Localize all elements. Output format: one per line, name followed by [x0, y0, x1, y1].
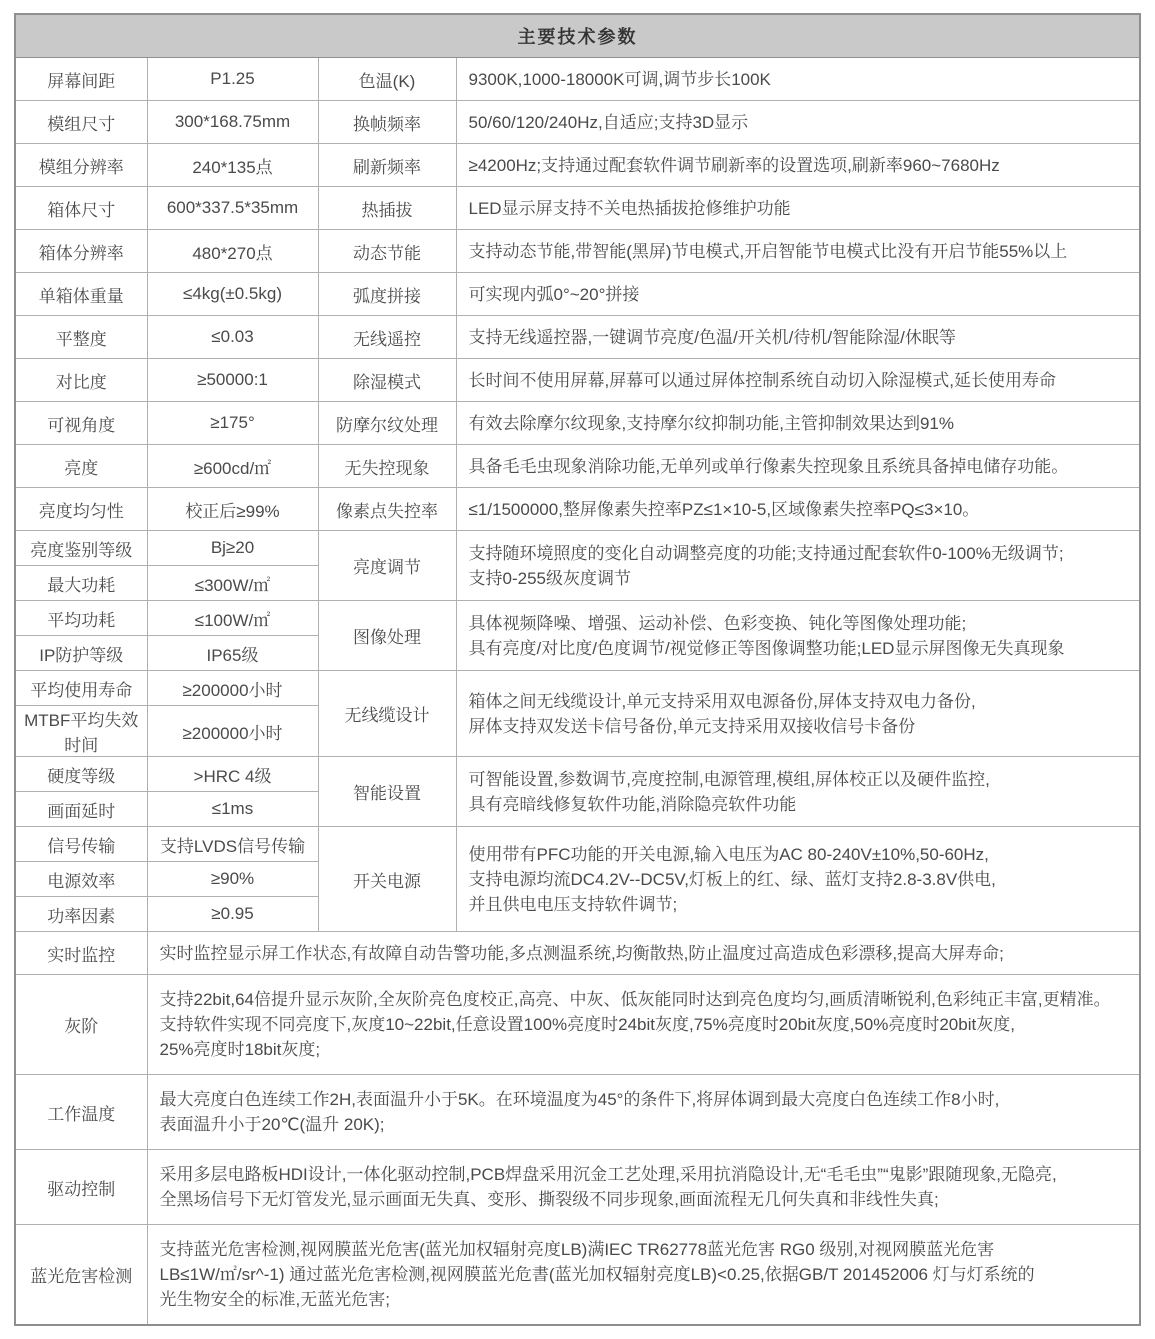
param-name: 工作温度 [15, 1075, 147, 1150]
param-value: ≥200000小时 [147, 706, 318, 757]
param-description: 具备毛毛虫现象消除功能,无单列或单行像素失控现象且系统具备掉电储存功能。 [456, 445, 1140, 488]
param-value: P1.25 [147, 58, 318, 101]
param-name: 电源效率 [15, 862, 147, 897]
table-header-row: 主要技术参数 [15, 14, 1140, 58]
param-name: 屏幕间距 [15, 58, 147, 101]
param-value: ≥0.95 [147, 897, 318, 932]
group-name: 无线缆设计 [318, 671, 456, 757]
table-row: 灰阶 支持22bit,64倍提升显示灰阶,全灰阶亮色度校正,高亮、中灰、低灰能同… [15, 975, 1140, 1075]
param-value: ≥50000:1 [147, 359, 318, 402]
group-name: 图像处理 [318, 601, 456, 671]
table-row: 工作温度 最大亮度白色连续工作2H,表面温升小于5K。在环境温度为45°的条件下… [15, 1075, 1140, 1150]
param-description: 有效去除摩尔纹现象,支持摩尔纹抑制功能,主管抑制效果达到91% [456, 402, 1140, 445]
param-name: 信号传输 [15, 827, 147, 862]
param-value: ≥600cd/㎡ [147, 445, 318, 488]
param-value: ≤100W/㎡ [147, 601, 318, 636]
table-row: 平均使用寿命 ≥200000小时 无线缆设计 箱体之间无线缆设计,单元支持采用双… [15, 671, 1140, 706]
param-description: 支持22bit,64倍提升显示灰阶,全灰阶亮色度校正,高亮、中灰、低灰能同时达到… [147, 975, 1140, 1075]
group-description: 支持随环境照度的变化自动调整亮度的功能;支持通过配套软件0-100%无级调节; … [456, 531, 1140, 601]
param-description: 50/60/120/240Hz,自适应;支持3D显示 [456, 101, 1140, 144]
param-name: 灰阶 [15, 975, 147, 1075]
param-value: 300*168.75mm [147, 101, 318, 144]
table-row: 箱体分辨率 480*270点 动态节能 支持动态节能,带智能(黑屏)节电模式,开… [15, 230, 1140, 273]
param-name: 平均使用寿命 [15, 671, 147, 706]
param-name: 刷新频率 [318, 144, 456, 187]
table-row: 硬度等级 >HRC 4级 智能设置 可智能设置,参数调节,亮度控制,电源管理,模… [15, 757, 1140, 792]
param-name: 箱体尺寸 [15, 187, 147, 230]
table-row: 对比度 ≥50000:1 除湿模式 长时间不使用屏幕,屏幕可以通过屏体控制系统自… [15, 359, 1140, 402]
group-name: 智能设置 [318, 757, 456, 827]
param-name: 无线遥控 [318, 316, 456, 359]
param-value: ≤300W/㎡ [147, 566, 318, 601]
param-name: 功率因素 [15, 897, 147, 932]
group-name: 开关电源 [318, 827, 456, 932]
group-description: 使用带有PFC功能的开关电源,输入电压为AC 80-240V±10%,50-60… [456, 827, 1140, 932]
table-row: 可视角度 ≥175° 防摩尔纹处理 有效去除摩尔纹现象,支持摩尔纹抑制功能,主管… [15, 402, 1140, 445]
spec-table: 主要技术参数 屏幕间距 P1.25 色温(K) 9300K,1000-18000… [14, 13, 1141, 1326]
param-description: ≥4200Hz;支持通过配套软件调节刷新率的设置选项,刷新率960~7680Hz [456, 144, 1140, 187]
param-value: ≤1ms [147, 792, 318, 827]
group-description: 具体视频降噪、增强、运动补偿、色彩变换、钝化等图像处理功能; 具有亮度/对比度/… [456, 601, 1140, 671]
param-value: 480*270点 [147, 230, 318, 273]
param-name: 实时监控 [15, 932, 147, 975]
param-description: 支持无线遥控器,一键调节亮度/色温/开关机/待机/智能除湿/休眠等 [456, 316, 1140, 359]
param-name: 对比度 [15, 359, 147, 402]
group-description: 可智能设置,参数调节,亮度控制,电源管理,模组,屏体校正以及硬件监控, 具有亮暗… [456, 757, 1140, 827]
param-description: 实时监控显示屏工作状态,有故障自动告警功能,多点测温系统,均衡散热,防止温度过高… [147, 932, 1140, 975]
param-value: ≤0.03 [147, 316, 318, 359]
param-value: ≥200000小时 [147, 671, 318, 706]
table-row: 模组分辨率 240*135点 刷新频率 ≥4200Hz;支持通过配套软件调节刷新… [15, 144, 1140, 187]
table-row: 亮度鉴别等级 Bj≥20 亮度调节 支持随环境照度的变化自动调整亮度的功能;支持… [15, 531, 1140, 566]
param-name: 换帧频率 [318, 101, 456, 144]
param-name: 可视角度 [15, 402, 147, 445]
table-row: 平整度 ≤0.03 无线遥控 支持无线遥控器,一键调节亮度/色温/开关机/待机/… [15, 316, 1140, 359]
param-name: 亮度鉴别等级 [15, 531, 147, 566]
table-row: 实时监控 实时监控显示屏工作状态,有故障自动告警功能,多点测温系统,均衡散热,防… [15, 932, 1140, 975]
param-name: 画面延时 [15, 792, 147, 827]
param-value: ≥175° [147, 402, 318, 445]
param-description: LED显示屏支持不关电热插拔抢修维护功能 [456, 187, 1140, 230]
param-name: 平均功耗 [15, 601, 147, 636]
param-description: ≤1/1500000,整屏像素失控率PZ≤1×10-5,区域像素失控率PQ≤3×… [456, 488, 1140, 531]
param-description: 9300K,1000-18000K可调,调节步长100K [456, 58, 1140, 101]
param-value: 600*337.5*35mm [147, 187, 318, 230]
param-value: ≤4kg(±0.5kg) [147, 273, 318, 316]
param-name: 模组分辨率 [15, 144, 147, 187]
param-description: 支持蓝光危害检测,视网膜蓝光危害(蓝光加权辐射亮度LB)满IEC TR62778… [147, 1225, 1140, 1326]
table-row: 屏幕间距 P1.25 色温(K) 9300K,1000-18000K可调,调节步… [15, 58, 1140, 101]
param-value: >HRC 4级 [147, 757, 318, 792]
page: 主要技术参数 屏幕间距 P1.25 色温(K) 9300K,1000-18000… [0, 0, 1155, 1339]
param-value: 240*135点 [147, 144, 318, 187]
param-name: 色温(K) [318, 58, 456, 101]
param-description: 最大亮度白色连续工作2H,表面温升小于5K。在环境温度为45°的条件下,将屏体调… [147, 1075, 1140, 1150]
table-row: 亮度 ≥600cd/㎡ 无失控现象 具备毛毛虫现象消除功能,无单列或单行像素失控… [15, 445, 1140, 488]
param-description: 支持动态节能,带智能(黑屏)节电模式,开启智能节电模式比没有开启节能55%以上 [456, 230, 1140, 273]
param-value: 校正后≥99% [147, 488, 318, 531]
group-description: 箱体之间无线缆设计,单元支持采用双电源备份,屏体支持双电力备份, 屏体支持双发送… [456, 671, 1140, 757]
param-name: 硬度等级 [15, 757, 147, 792]
group-name: 亮度调节 [318, 531, 456, 601]
table-row: 亮度均匀性 校正后≥99% 像素点失控率 ≤1/1500000,整屏像素失控率P… [15, 488, 1140, 531]
table-row: 驱动控制 采用多层电路板HDI设计,一体化驱动控制,PCB焊盘采用沉金工艺处理,… [15, 1150, 1140, 1225]
param-description: 可实现内弧0°~20°拼接 [456, 273, 1140, 316]
param-name: 蓝光危害检测 [15, 1225, 147, 1326]
param-name: IP防护等级 [15, 636, 147, 671]
param-name: 动态节能 [318, 230, 456, 273]
param-name: 无失控现象 [318, 445, 456, 488]
param-name: 防摩尔纹处理 [318, 402, 456, 445]
param-description: 采用多层电路板HDI设计,一体化驱动控制,PCB焊盘采用沉金工艺处理,采用抗消隐… [147, 1150, 1140, 1225]
param-name: 箱体分辨率 [15, 230, 147, 273]
table-row: 模组尺寸 300*168.75mm 换帧频率 50/60/120/240Hz,自… [15, 101, 1140, 144]
table-row: 箱体尺寸 600*337.5*35mm 热插拔 LED显示屏支持不关电热插拔抢修… [15, 187, 1140, 230]
param-name: 单箱体重量 [15, 273, 147, 316]
param-name: 除湿模式 [318, 359, 456, 402]
param-name: MTBF平均失效时间 [15, 706, 147, 757]
param-name: 平整度 [15, 316, 147, 359]
table-row: 蓝光危害检测 支持蓝光危害检测,视网膜蓝光危害(蓝光加权辐射亮度LB)满IEC … [15, 1225, 1140, 1326]
table-row: 平均功耗 ≤100W/㎡ 图像处理 具体视频降噪、增强、运动补偿、色彩变换、钝化… [15, 601, 1140, 636]
param-name: 最大功耗 [15, 566, 147, 601]
table-title: 主要技术参数 [15, 14, 1140, 58]
table-row: 信号传输 支持LVDS信号传输 开关电源 使用带有PFC功能的开关电源,输入电压… [15, 827, 1140, 862]
param-value: Bj≥20 [147, 531, 318, 566]
param-value: ≥90% [147, 862, 318, 897]
param-description: 长时间不使用屏幕,屏幕可以通过屏体控制系统自动切入除湿模式,延长使用寿命 [456, 359, 1140, 402]
param-value: 支持LVDS信号传输 [147, 827, 318, 862]
param-value: IP65级 [147, 636, 318, 671]
param-name: 驱动控制 [15, 1150, 147, 1225]
param-name: 弧度拼接 [318, 273, 456, 316]
param-name: 亮度 [15, 445, 147, 488]
param-name: 像素点失控率 [318, 488, 456, 531]
param-name: 模组尺寸 [15, 101, 147, 144]
param-name: 亮度均匀性 [15, 488, 147, 531]
param-name: 热插拔 [318, 187, 456, 230]
table-row: 单箱体重量 ≤4kg(±0.5kg) 弧度拼接 可实现内弧0°~20°拼接 [15, 273, 1140, 316]
